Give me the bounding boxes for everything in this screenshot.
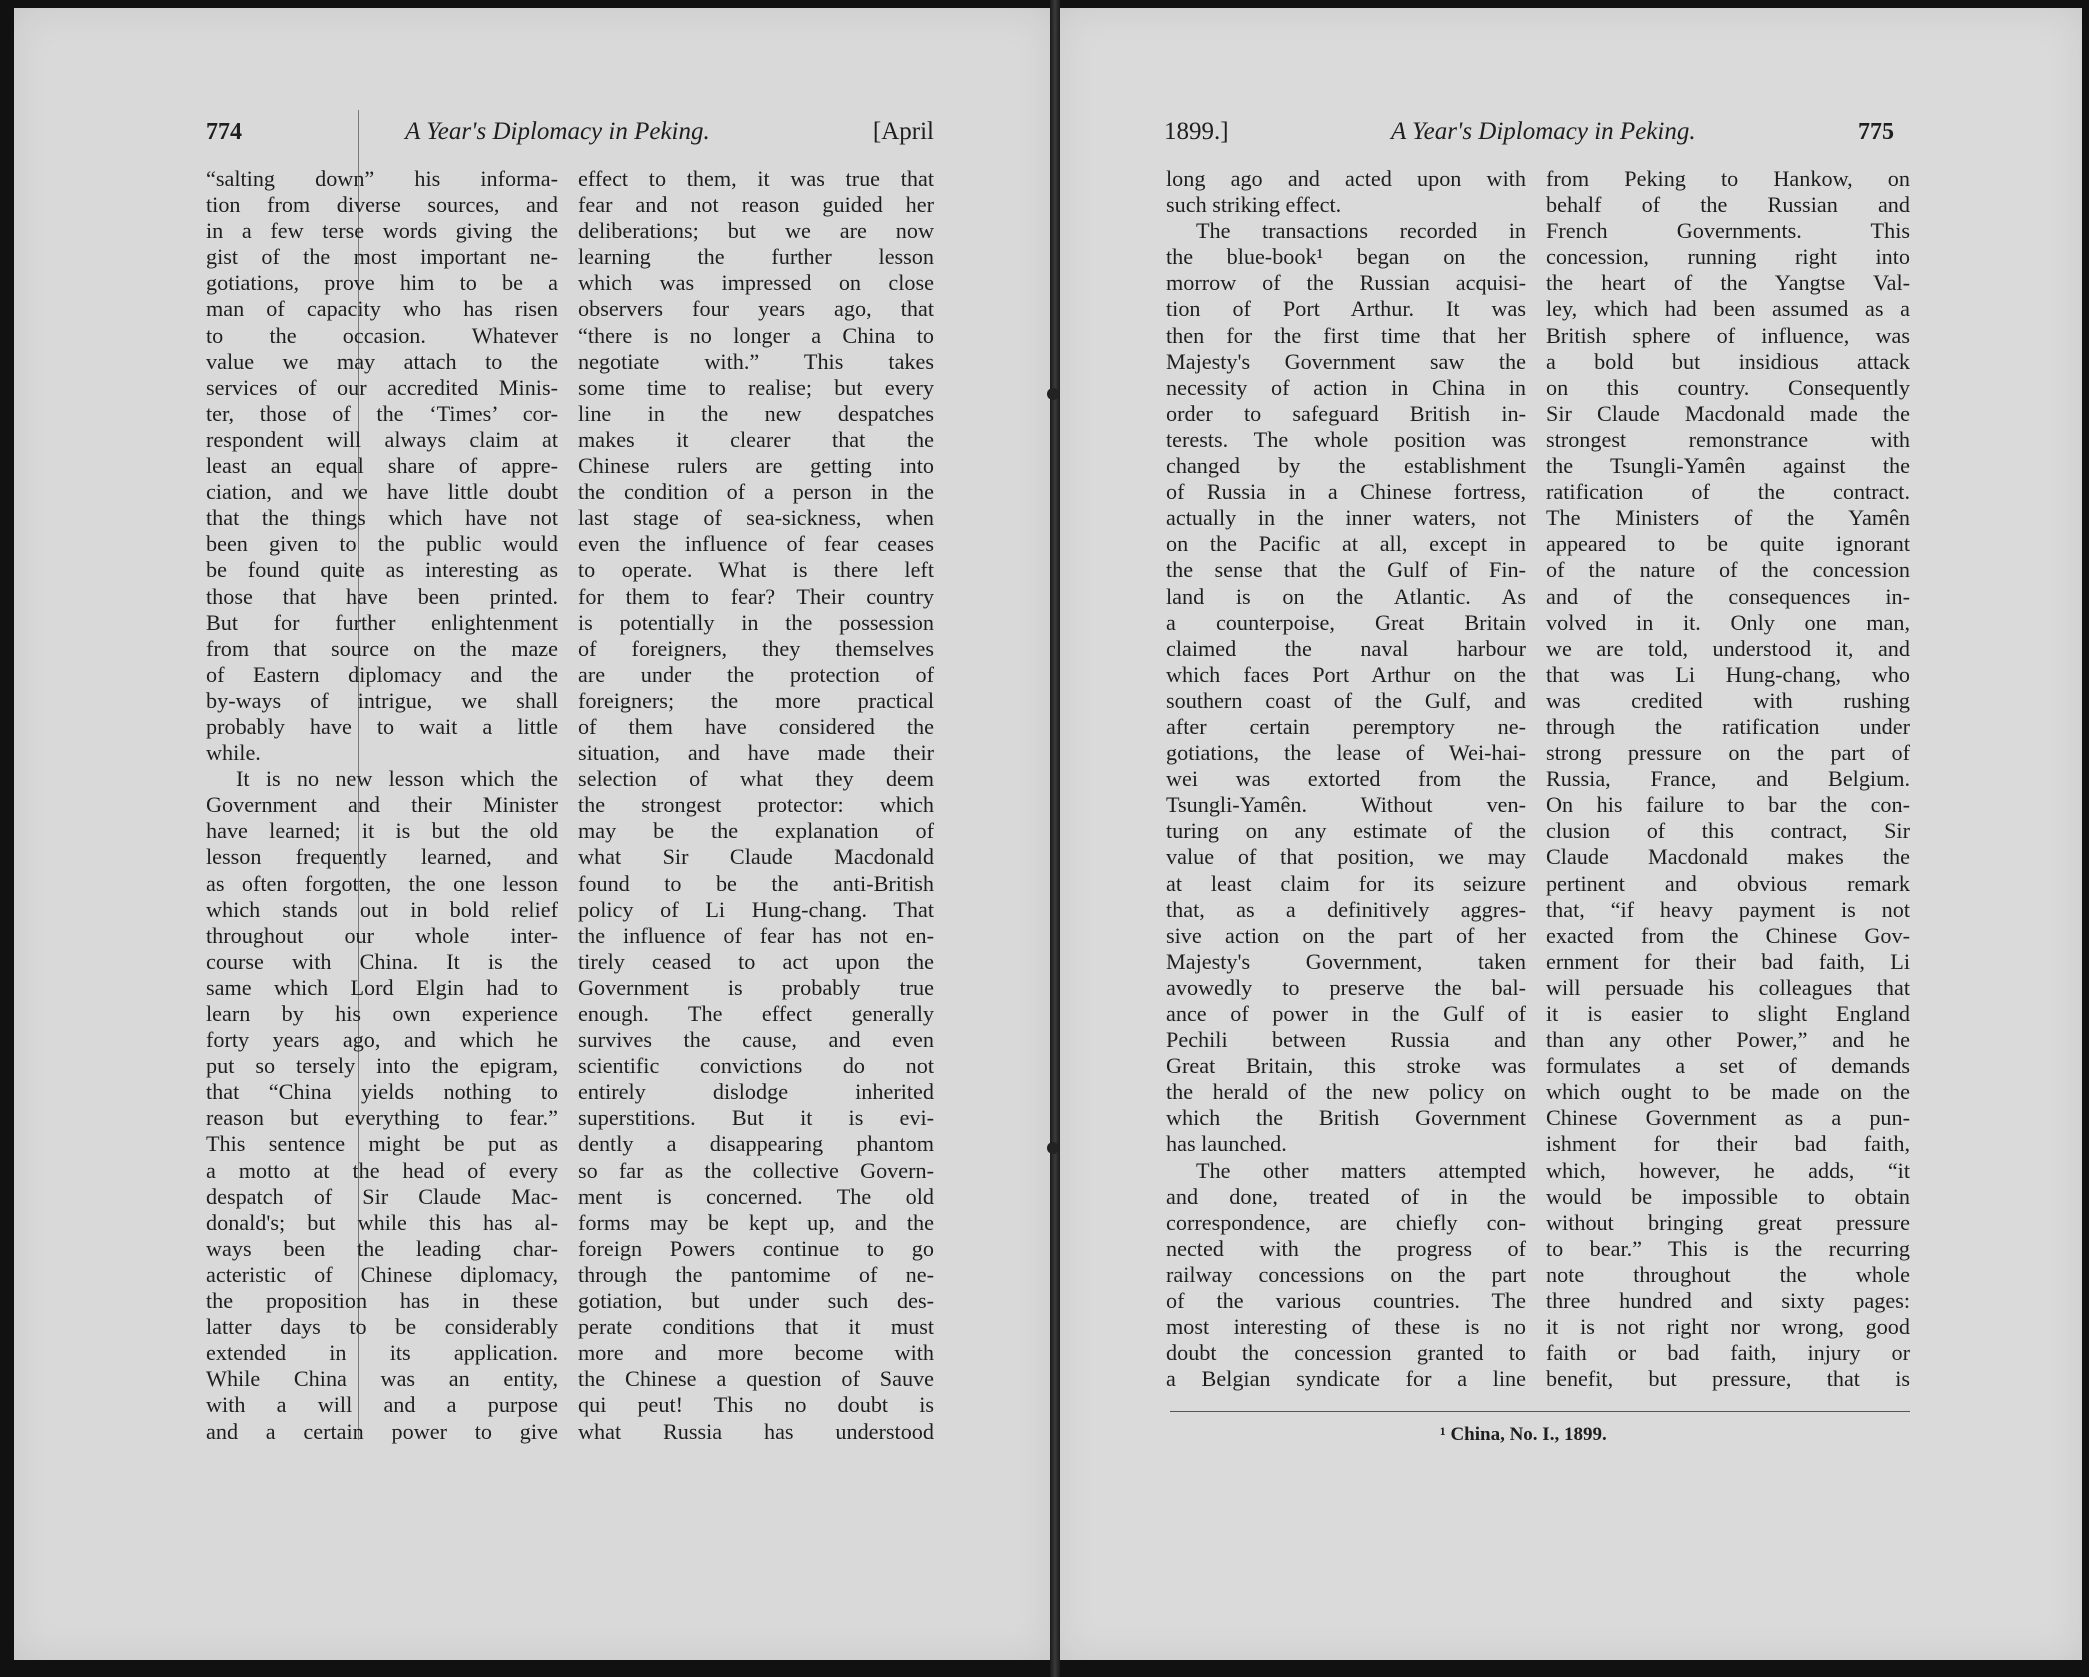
text-line: to operate. What is there left — [578, 557, 934, 583]
text-line: turing on any estimate of the — [1166, 818, 1526, 844]
text-line: services of our accredited Minis- — [206, 375, 558, 401]
text-line: at least claim for its seizure — [1166, 871, 1526, 897]
text-line: foreign Powers continue to go — [578, 1236, 934, 1262]
text-line: British sphere of influence, was — [1546, 323, 1910, 349]
text-line: It is no new lesson which the — [206, 766, 558, 792]
text-line: This sentence might be put as — [206, 1131, 558, 1157]
text-line: Russia, France, and Belgium. — [1546, 766, 1910, 792]
text-line: Government is probably true — [578, 975, 934, 1001]
text-line: some time to realise; but every — [578, 375, 934, 401]
page-number: 774 — [206, 119, 242, 146]
text-line: which, however, he adds, “it — [1546, 1158, 1910, 1184]
text-line: line in the new despatches — [578, 401, 934, 427]
text-line: exacted from the Chinese Gov- — [1546, 923, 1910, 949]
text-line: throughout our whole inter- — [206, 923, 558, 949]
text-line: same which Lord Elgin had to — [206, 975, 558, 1001]
text-line: so far as the collective Govern- — [578, 1158, 934, 1184]
text-line: are under the protection of — [578, 662, 934, 688]
text-line: effect to them, it was true that — [578, 166, 934, 192]
book-gutter — [1050, 0, 1060, 1677]
text-line: terests. The whole position was — [1166, 427, 1526, 453]
binding-stitch — [1047, 388, 1059, 400]
text-line: qui peut! This no doubt is — [578, 1392, 934, 1418]
text-line: to bear.” This is the recurring — [1546, 1236, 1910, 1262]
text-line: The transactions recorded in — [1166, 218, 1526, 244]
text-line: as often forgotten, the one lesson — [206, 871, 558, 897]
text-line: foreigners; the more practical — [578, 688, 934, 714]
text-line: a motto at the head of every — [206, 1158, 558, 1184]
text-line: man of capacity who has risen — [206, 296, 558, 322]
running-title: A Year's Diplomacy in Peking. — [1391, 118, 1696, 146]
text-line: acteristic of Chinese diplomacy, — [206, 1262, 558, 1288]
text-line: ways been the leading char- — [206, 1236, 558, 1262]
text-line: lesson frequently learned, and — [206, 844, 558, 870]
text-line: volved in it. Only one man, — [1546, 610, 1910, 636]
text-line: makes it clearer that the — [578, 427, 934, 453]
text-line: more and more become with — [578, 1340, 934, 1366]
text-line: that “China yields nothing to — [206, 1079, 558, 1105]
text-line: of Russia in a Chinese fortress, — [1166, 479, 1526, 505]
text-line: avowedly to preserve the bal- — [1166, 975, 1526, 1001]
text-line: the proposition has in these — [206, 1288, 558, 1314]
text-line: French Governments. This — [1546, 218, 1910, 244]
text-line: through the ratification under — [1546, 714, 1910, 740]
text-line: actually in the inner waters, not — [1166, 505, 1526, 531]
text-line: extended in its application. — [206, 1340, 558, 1366]
text-line: tion of Port Arthur. It was — [1166, 296, 1526, 322]
text-line: what Russia has understood — [578, 1419, 934, 1445]
text-line: perate conditions that it must — [578, 1314, 934, 1340]
text-line: the sense that the Gulf of Fin- — [1166, 557, 1526, 583]
right-running-head: 1899.] A Year's Diplomacy in Peking. 775 — [1164, 118, 1894, 154]
text-line: the Tsungli-Yamên against the — [1546, 453, 1910, 479]
text-line: changed by the establishment — [1166, 453, 1526, 479]
text-line: ley, which had been assumed as a — [1546, 296, 1910, 322]
text-line: benefit, but pressure, that is — [1546, 1366, 1910, 1392]
text-line: of foreigners, they themselves — [578, 636, 934, 662]
text-line: The Ministers of the Yamên — [1546, 505, 1910, 531]
text-line: necessity of action in China in — [1166, 375, 1526, 401]
text-line: a counterpoise, Great Britain — [1166, 610, 1526, 636]
text-line: what Sir Claude Macdonald — [578, 844, 934, 870]
text-line: claimed the naval harbour — [1166, 636, 1526, 662]
text-line: “salting down” his informa- — [206, 166, 558, 192]
text-line: which ought to be made on the — [1546, 1079, 1910, 1105]
text-line: faith or bad faith, injury or — [1546, 1340, 1910, 1366]
text-line: may be the explanation of — [578, 818, 934, 844]
text-line: ment is concerned. The old — [578, 1184, 934, 1210]
text-line: is potentially in the possession — [578, 610, 934, 636]
text-line: through the pantomime of ne- — [578, 1262, 934, 1288]
text-line: be found quite as interesting as — [206, 557, 558, 583]
text-line: which the British Government — [1166, 1105, 1526, 1131]
text-line: put so tersely into the epigram, — [206, 1053, 558, 1079]
right-page-column-2: from Peking to Hankow, onbehalf of the R… — [1546, 166, 1910, 1392]
text-line: the Chinese a question of Sauve — [578, 1366, 934, 1392]
text-line: the herald of the new policy on — [1166, 1079, 1526, 1105]
text-line: survives the cause, and even — [578, 1027, 934, 1053]
text-line: tion from diverse sources, and — [206, 192, 558, 218]
text-line: ciation, and we have little doubt — [206, 479, 558, 505]
text-line: found to be the anti-British — [578, 871, 934, 897]
text-line: of them have considered the — [578, 714, 934, 740]
text-line: Majesty's Government, taken — [1166, 949, 1526, 975]
text-line: scientific convictions do not — [578, 1053, 934, 1079]
text-line: appeared to be quite ignorant — [1546, 531, 1910, 557]
text-line: Sir Claude Macdonald made the — [1546, 401, 1910, 427]
binding-stitch — [1047, 1142, 1059, 1154]
running-title: A Year's Diplomacy in Peking. — [405, 118, 710, 146]
text-line: and a certain power to give — [206, 1419, 558, 1445]
text-line: and of the consequences in- — [1546, 584, 1910, 610]
text-line: morrow of the Russian acquisi- — [1166, 270, 1526, 296]
text-line: railway concessions on the part — [1166, 1262, 1526, 1288]
text-line: Pechili between Russia and — [1166, 1027, 1526, 1053]
text-line: Great Britain, this stroke was — [1166, 1053, 1526, 1079]
text-line: The other matters attempted — [1166, 1158, 1526, 1184]
text-line: But for further enlightenment — [206, 610, 558, 636]
text-line: on this country. Consequently — [1546, 375, 1910, 401]
text-line: despatch of Sir Claude Mac- — [206, 1184, 558, 1210]
text-line: respondent will always claim at — [206, 427, 558, 453]
text-line: negotiate with.” This takes — [578, 349, 934, 375]
footnote-rule — [1170, 1411, 1910, 1412]
text-line: fear and not reason guided her — [578, 192, 934, 218]
text-line: we are told, understood it, and — [1546, 636, 1910, 662]
text-line: that was Li Hung-chang, who — [1546, 662, 1910, 688]
text-line: probably have to wait a little — [206, 714, 558, 740]
text-line: “there is no longer a China to — [578, 323, 934, 349]
text-line: without bringing great pressure — [1546, 1210, 1910, 1236]
left-running-head: 774 A Year's Diplomacy in Peking. [April — [206, 118, 934, 154]
text-line: gotiations, the lease of Wei-hai- — [1166, 740, 1526, 766]
text-line: a bold but insidious attack — [1546, 349, 1910, 375]
text-line: those that have been printed. — [206, 584, 558, 610]
text-line: Majesty's Government saw the — [1166, 349, 1526, 375]
text-line: ishment for their bad faith, — [1546, 1131, 1910, 1157]
text-line: to the occasion. Whatever — [206, 323, 558, 349]
left-page-column-2: effect to them, it was true thatfear and… — [578, 166, 934, 1445]
text-line: while. — [206, 740, 558, 766]
text-line: most interesting of these is no — [1166, 1314, 1526, 1340]
text-line: has launched. — [1166, 1131, 1526, 1157]
text-line: after certain peremptory ne- — [1166, 714, 1526, 740]
text-line: the influence of fear has not en- — [578, 923, 934, 949]
text-line: three hundred and sixty pages: — [1546, 1288, 1910, 1314]
text-line: been given to the public would — [206, 531, 558, 557]
text-line: will persuade his colleagues that — [1546, 975, 1910, 1001]
text-line: the heart of the Yangtse Val- — [1546, 270, 1910, 296]
text-line: strongest remonstrance with — [1546, 427, 1910, 453]
text-line: the blue-book¹ began on the — [1166, 244, 1526, 270]
text-line: situation, and have made their — [578, 740, 934, 766]
text-line: policy of Li Hung-chang. That — [578, 897, 934, 923]
text-line: it is not right nor wrong, good — [1546, 1314, 1910, 1340]
text-line: ter, those of the ‘Times’ cor- — [206, 401, 558, 427]
text-line: and done, treated of in the — [1166, 1184, 1526, 1210]
text-line: gist of the most important ne- — [206, 244, 558, 270]
text-line: land is on the Atlantic. As — [1166, 584, 1526, 610]
text-line: correspondence, are chiefly con- — [1166, 1210, 1526, 1236]
text-line: long ago and acted upon with — [1166, 166, 1526, 192]
left-page-column-1: “salting down” his informa-tion from div… — [206, 166, 558, 1445]
text-line: a Belgian syndicate for a line — [1166, 1366, 1526, 1392]
text-line: Chinese Government as a pun- — [1546, 1105, 1910, 1131]
text-line: deliberations; but we are now — [578, 218, 934, 244]
text-line: dently a disappearing phantom — [578, 1131, 934, 1157]
text-line: superstitions. But it is evi- — [578, 1105, 934, 1131]
text-line: which faces Port Arthur on the — [1166, 662, 1526, 688]
text-line: then for the first time that her — [1166, 323, 1526, 349]
text-line: the strongest protector: which — [578, 792, 934, 818]
text-line: order to safeguard British in- — [1166, 401, 1526, 427]
text-line: of the nature of the concession — [1546, 557, 1910, 583]
text-line: formulates a set of demands — [1546, 1053, 1910, 1079]
text-line: value of that position, we may — [1166, 844, 1526, 870]
text-line: nected with the progress of — [1166, 1236, 1526, 1262]
text-line: of Eastern diplomacy and the — [206, 662, 558, 688]
text-line: On his failure to bar the con- — [1546, 792, 1910, 818]
text-line: learning the further lesson — [578, 244, 934, 270]
text-line: Claude Macdonald makes the — [1546, 844, 1910, 870]
text-line: forms may be kept up, and the — [578, 1210, 934, 1236]
text-line: it is easier to slight England — [1546, 1001, 1910, 1027]
text-line: by-ways of intrigue, we shall — [206, 688, 558, 714]
text-line: wei was extorted from the — [1166, 766, 1526, 792]
text-line: learn by his own experience — [206, 1001, 558, 1027]
text-line: course with China. It is the — [206, 949, 558, 975]
footnote: ¹ China, No. I., 1899. — [1440, 1424, 1607, 1446]
text-line: note throughout the whole — [1546, 1262, 1910, 1288]
text-line: of the various countries. The — [1166, 1288, 1526, 1314]
text-line: ance of power in the Gulf of — [1166, 1001, 1526, 1027]
text-line: gotiation, but under such des- — [578, 1288, 934, 1314]
text-line: gotiations, prove him to be a — [206, 270, 558, 296]
running-date: [April — [873, 118, 934, 146]
text-line: reason but everything to fear.” — [206, 1105, 558, 1131]
text-line: tirely ceased to act upon the — [578, 949, 934, 975]
text-line: observers four years ago, that — [578, 296, 934, 322]
text-line: from that source on the maze — [206, 636, 558, 662]
text-line: clusion of this contract, Sir — [1546, 818, 1910, 844]
text-line: strong pressure on the part of — [1546, 740, 1910, 766]
text-line: enough. The effect generally — [578, 1001, 934, 1027]
text-line: least an equal share of appre- — [206, 453, 558, 479]
text-line: pertinent and obvious remark — [1546, 871, 1910, 897]
text-line: value we may attach to the — [206, 349, 558, 375]
text-line: in a few terse words giving the — [206, 218, 558, 244]
text-line: the condition of a person in the — [578, 479, 934, 505]
text-line: last stage of sea-sickness, when — [578, 505, 934, 531]
text-line: latter days to be considerably — [206, 1314, 558, 1340]
text-line: that the things which have not — [206, 505, 558, 531]
text-line: even the influence of fear ceases — [578, 531, 934, 557]
text-line: would be impossible to obtain — [1546, 1184, 1910, 1210]
text-line: was credited with rushing — [1546, 688, 1910, 714]
text-line: which was impressed on close — [578, 270, 934, 296]
text-line: behalf of the Russian and — [1546, 192, 1910, 218]
text-line: that, as a definitively aggres- — [1166, 897, 1526, 923]
text-line: for them to fear? Their country — [578, 584, 934, 610]
text-line: which stands out in bold relief — [206, 897, 558, 923]
text-line: Chinese rulers are getting into — [578, 453, 934, 479]
text-line: While China was an entity, — [206, 1366, 558, 1392]
text-line: such striking effect. — [1166, 192, 1526, 218]
text-line: on the Pacific at all, except in — [1166, 531, 1526, 557]
text-line: with a will and a purpose — [206, 1392, 558, 1418]
text-line: southern coast of the Gulf, and — [1166, 688, 1526, 714]
running-date: 1899.] — [1164, 118, 1229, 146]
text-line: from Peking to Hankow, on — [1546, 166, 1910, 192]
text-line: ratification of the contract. — [1546, 479, 1910, 505]
text-line: Tsungli-Yamên. Without ven- — [1166, 792, 1526, 818]
text-line: doubt the concession granted to — [1166, 1340, 1526, 1366]
text-line: donald's; but while this has al- — [206, 1210, 558, 1236]
right-page-column-1: long ago and acted upon withsuch strikin… — [1166, 166, 1526, 1392]
page-number: 775 — [1858, 119, 1894, 146]
text-line: concession, running right into — [1546, 244, 1910, 270]
text-line: selection of what they deem — [578, 766, 934, 792]
text-line: have learned; it is but the old — [206, 818, 558, 844]
text-line: Government and their Minister — [206, 792, 558, 818]
text-line: ernment for their bad faith, Li — [1546, 949, 1910, 975]
text-line: forty years ago, and which he — [206, 1027, 558, 1053]
text-line: sive action on the part of her — [1166, 923, 1526, 949]
text-line: than any other Power,” and he — [1546, 1027, 1910, 1053]
text-line: entirely dislodge inherited — [578, 1079, 934, 1105]
text-line: that, “if heavy payment is not — [1546, 897, 1910, 923]
